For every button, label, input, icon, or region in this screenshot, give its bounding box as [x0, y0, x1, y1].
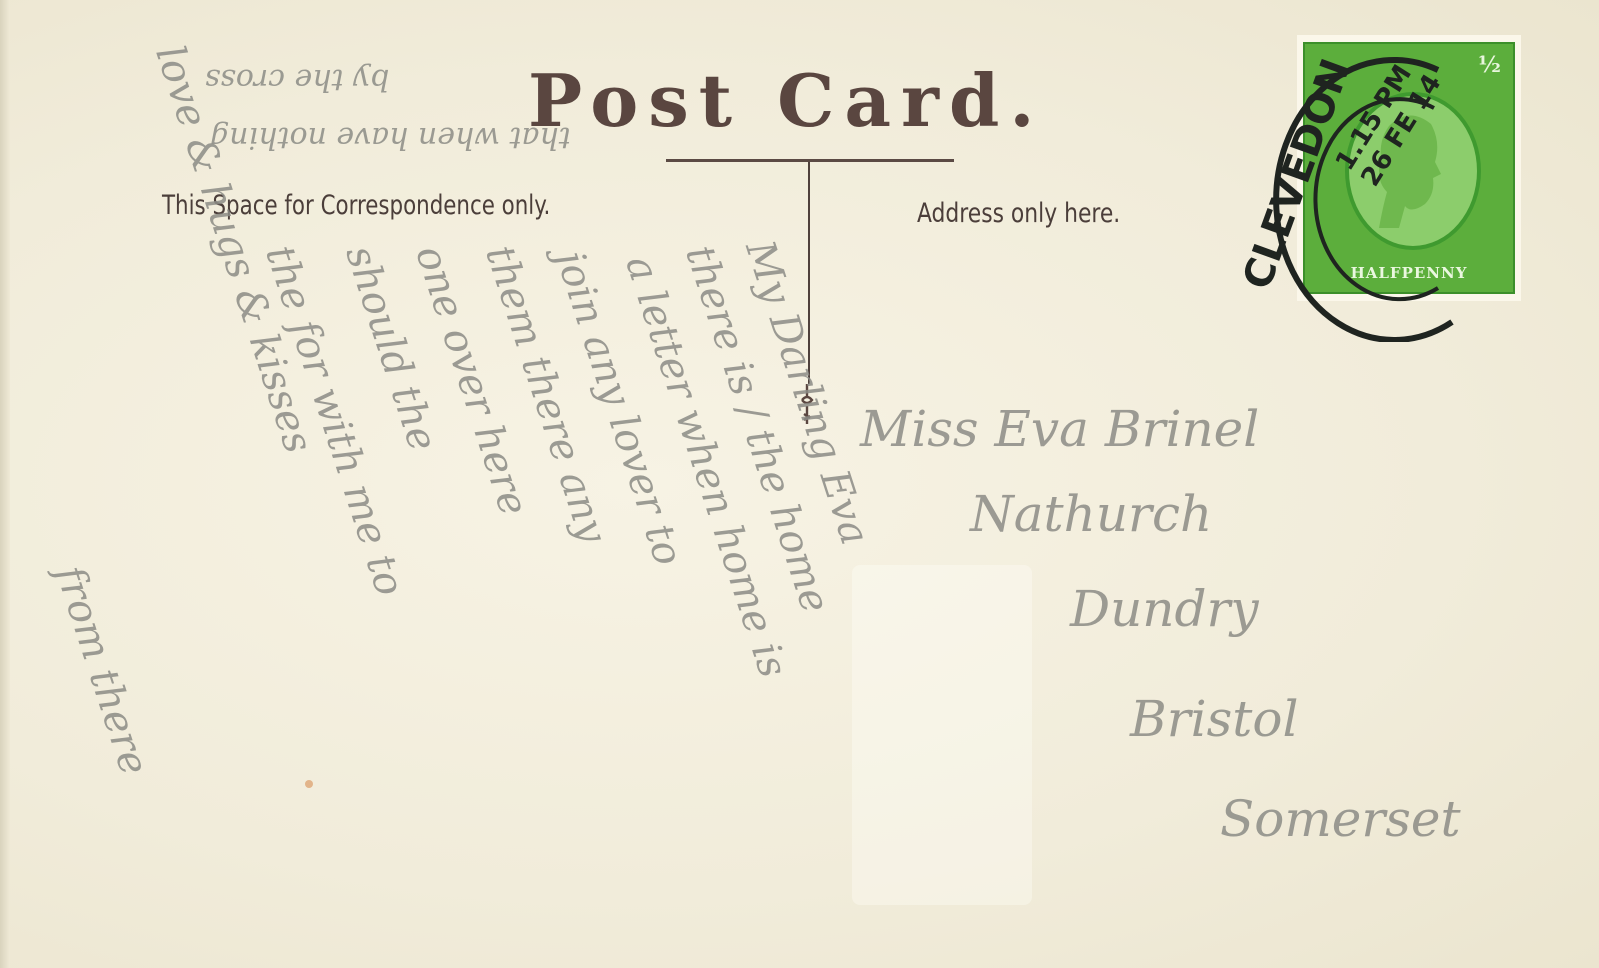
address-line: Dundry: [1070, 580, 1259, 638]
upside-down-note: that when have nothing: [210, 120, 571, 155]
foxing-spot: [305, 780, 313, 788]
address-label: Address only here.: [917, 198, 1120, 229]
postmark-circle-icon: CLEVEDON: [1238, 52, 1484, 342]
svg-text:CLEVEDON: CLEVEDON: [1238, 53, 1360, 295]
address-line: Bristol: [1130, 690, 1298, 748]
address-line: Somerset: [1220, 790, 1461, 848]
postcard-back: Post Card. This Space for Correspondence…: [0, 0, 1599, 968]
postcard-heading: Post Card.: [528, 58, 1044, 143]
faded-patch: [852, 565, 1032, 905]
upside-down-note: by the cross: [205, 62, 389, 97]
address-line: Nathurch: [970, 485, 1212, 543]
divider-horizontal: [666, 159, 954, 162]
message-line: from there: [46, 560, 157, 781]
address-line: Miss Eva Brinel: [860, 400, 1259, 458]
